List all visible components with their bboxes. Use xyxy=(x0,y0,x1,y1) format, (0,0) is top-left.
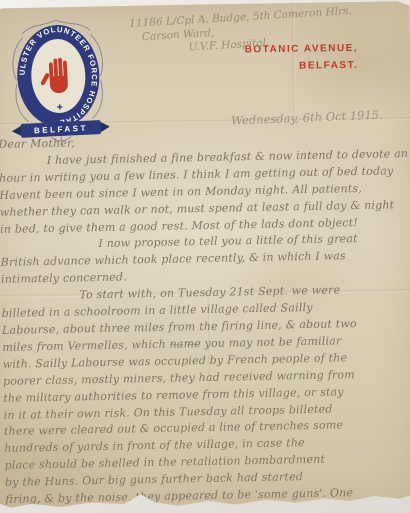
uvf-hospital-emblem: ULSTER VOLUNTEER FORCE HOSPITAL ✚ BELFAS… xyxy=(1,13,115,146)
letter-body: Dear Mother, I have just finished a fine… xyxy=(0,129,405,509)
letter-paper: ULSTER VOLUNTEER FORCE HOSPITAL ✚ BELFAS… xyxy=(0,1,410,513)
date-line: Wednesday, 6th Oct 1915. xyxy=(231,108,383,128)
emblem-cross-icon: ✚ xyxy=(57,103,63,111)
address-line-belfast: BELFAST. xyxy=(245,57,359,76)
